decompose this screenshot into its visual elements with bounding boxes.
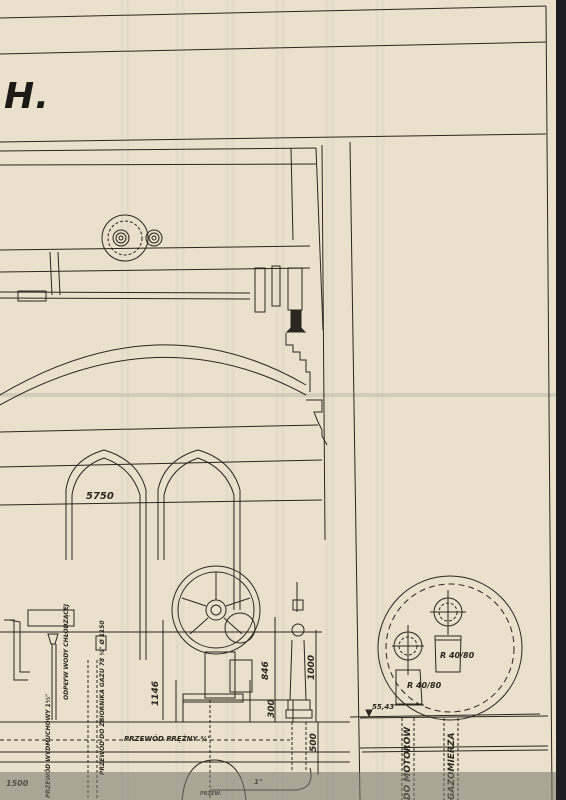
label-pressure-line: PRZEWÓD PRĘŻNY ¾" (124, 736, 211, 743)
technical-drawing-sheet: H. 5750 1146 846 300 1000 500 1500 55,43… (0, 0, 556, 800)
dimension-arch-span: 5750 (86, 492, 114, 502)
scan-shadow-band (0, 772, 556, 800)
elevation-mark: 55,43 (372, 704, 394, 711)
dimension-pit-depth: 500 (310, 733, 319, 752)
label-air-tank-line: PRZEWÓD DO ZBIORNIKA GAZU 78 ¼" Ø 1150 (100, 620, 106, 775)
dimension-engine-height: 1146 (152, 681, 161, 706)
drawing-title-fragment: H. (4, 76, 50, 117)
label-cooling-water: ODPŁYW WODY CHŁODZĄCEJ (64, 604, 70, 700)
paper-folds (0, 0, 556, 800)
valve-mark-left: R 40/80 (407, 682, 441, 690)
drawing-linework (0, 0, 556, 800)
dimension-column-height: 1000 (308, 655, 317, 680)
dimension-base-height: 300 (268, 699, 277, 718)
valve-mark-right: R 40/80 (440, 652, 474, 660)
dimension-flywheel-height: 846 (262, 661, 271, 680)
